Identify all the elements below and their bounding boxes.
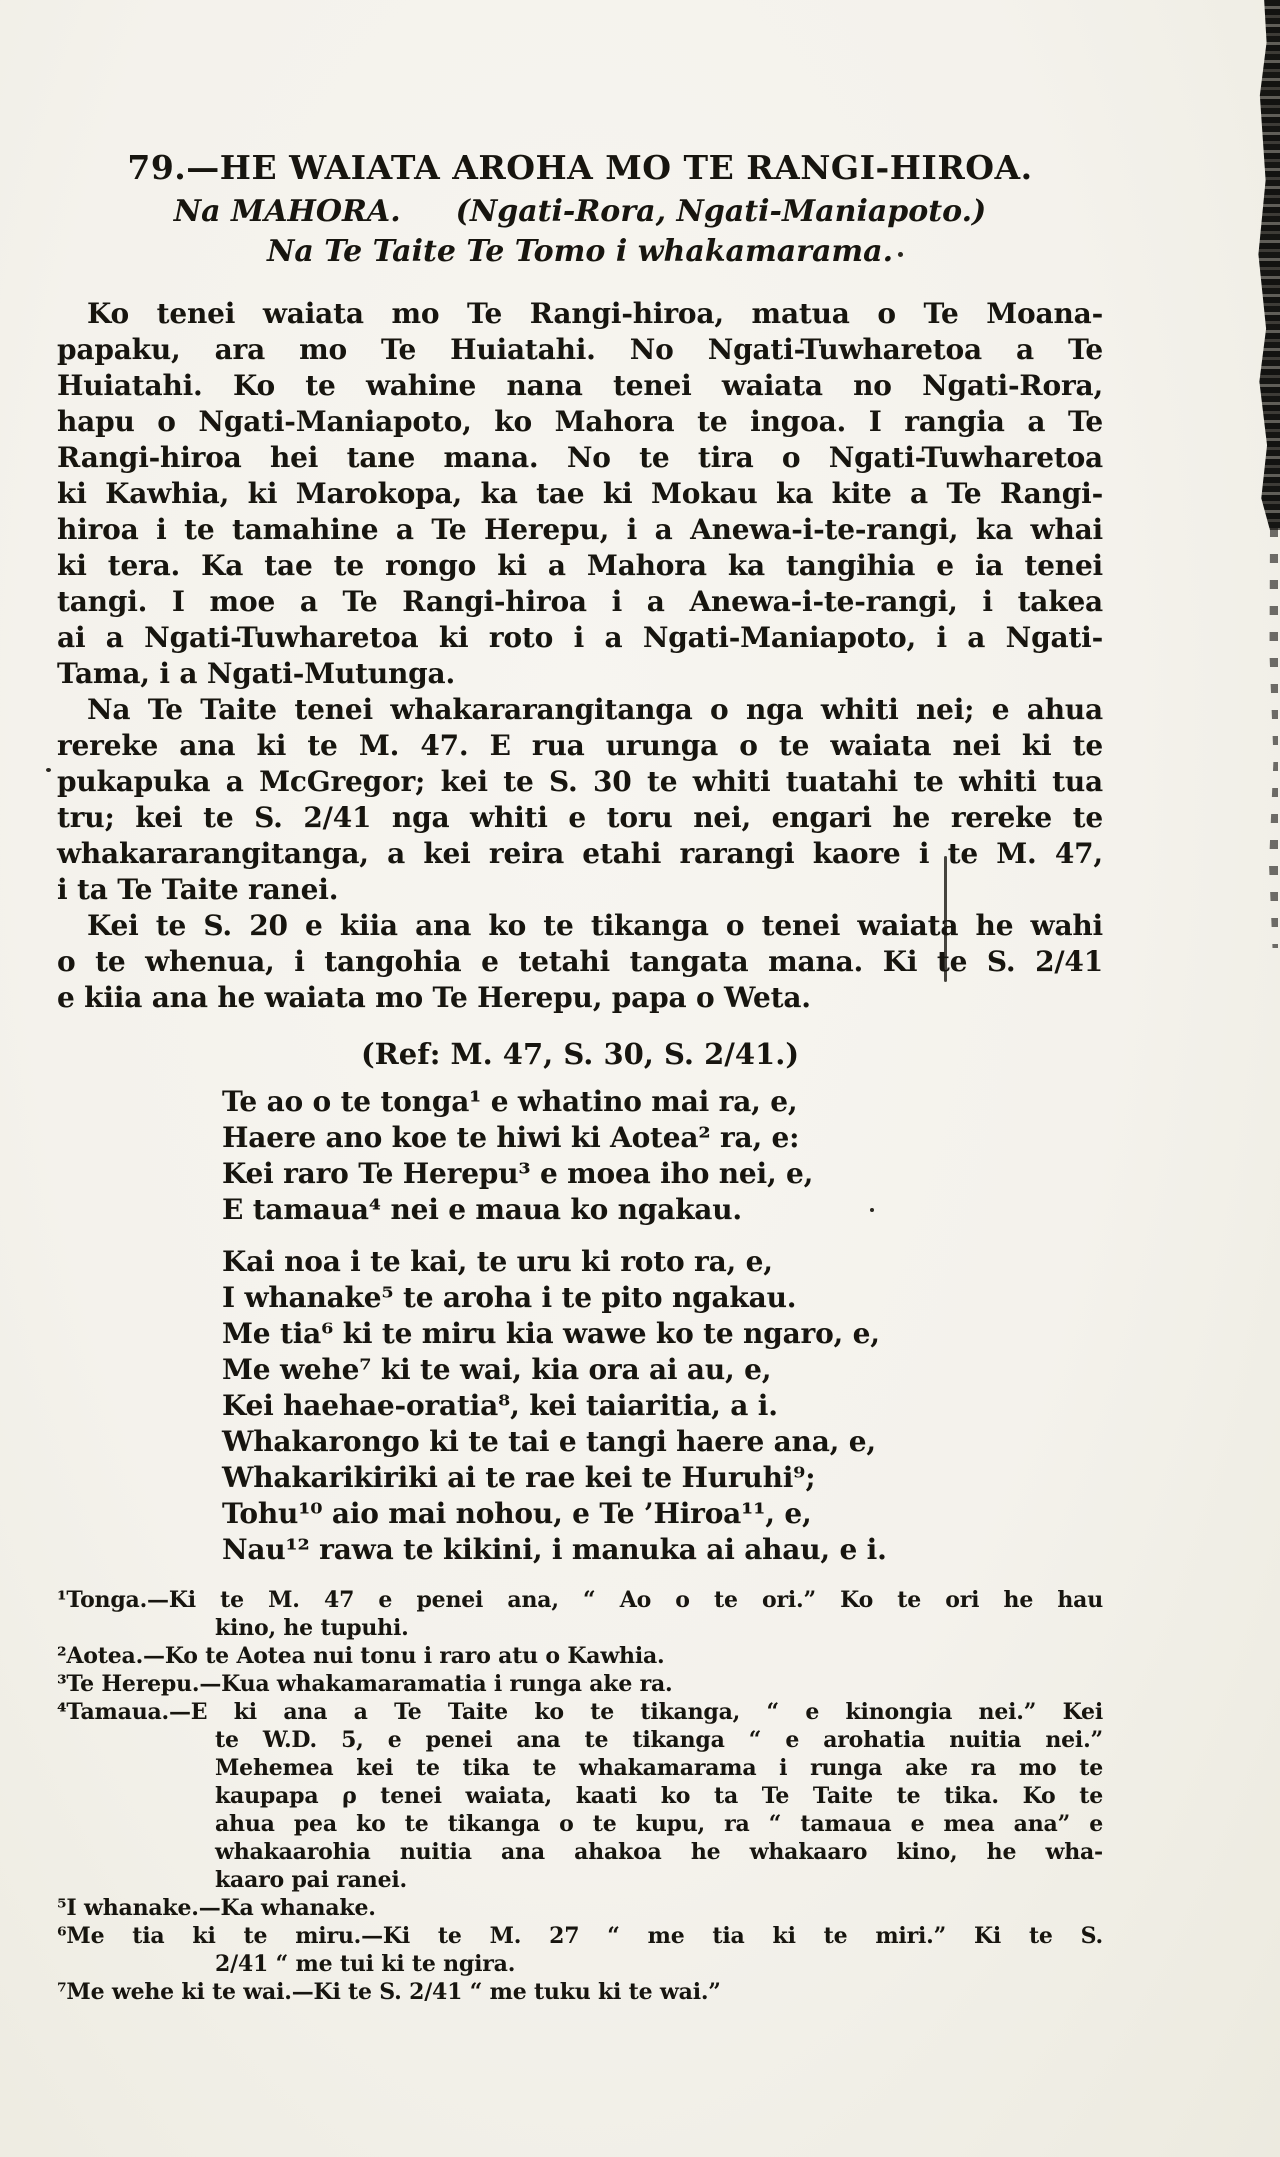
verse-line: Whakarongo ki te tai e tangi haere ana, … — [222, 1424, 1103, 1460]
text-line: papaku, ara mo Te Huiatahi. No Ngati-Tuw… — [57, 332, 1103, 368]
verse-line: Haere ano koe te hiwi ki Aotea² ra, e: — [222, 1120, 1103, 1156]
footnote-line: ¹Tonga.—Ki te M. 47 e penei ana, “ Ao o … — [57, 1586, 1103, 1614]
text-line: ki tera. Ka tae te rongo ki a Mahora ka … — [57, 548, 1103, 584]
paragraph: Na Te Taite tenei whakararangitanga o ng… — [57, 692, 1103, 908]
text-line: hapu o Ngati-Maniapoto, ko Mahora te ing… — [57, 404, 1103, 440]
text-line: whakararangitanga, a kei reira etahi rar… — [57, 836, 1103, 872]
footnote: ⁵I whanake.—Ka whanake. — [57, 1894, 1103, 1922]
verse-line: Whakarikiriki ai te rae kei te Huruhi⁹; — [222, 1460, 1103, 1496]
footnote-line: ³Te Herepu.—Kua whakamaramatia i runga a… — [57, 1670, 1103, 1698]
footnote-line: Mehemea kei te tika te whakamarama i run… — [57, 1754, 1103, 1782]
byline-author: Na MAHORA. — [174, 194, 401, 230]
text-line: pukapuka a McGregor; kei te S. 30 te whi… — [57, 764, 1103, 800]
text-column: 79.—HE WAIATA AROHA MO TE RANGI-HIROA. N… — [57, 0, 1103, 2006]
footnotes: ¹Tonga.—Ki te M. 47 e penei ana, “ Ao o … — [57, 1586, 1103, 2006]
verse-line: Kai noa i te kai, te uru ki roto ra, e, — [222, 1244, 1103, 1280]
text-line: tangi. I moe a Te Rangi-hiroa i a Anewa-… — [57, 584, 1103, 620]
footnote: ⁴Tamaua.—E ki ana a Te Taite ko te tikan… — [57, 1698, 1103, 1894]
footnote-line: ⁴Tamaua.—E ki ana a Te Taite ko te tikan… — [57, 1698, 1103, 1726]
byline-tribes: (Ngati-Rora, Ngati-Maniapoto.) — [456, 194, 987, 230]
verse-line: Tohu¹⁰ aio mai nohou, e Te ’Hiroa¹¹, e, — [222, 1496, 1103, 1532]
scanned-book-page: { "colors":{"paper":"#f4f2ec","ink":"#17… — [0, 0, 1280, 2157]
paragraph: Kei te S. 20 e kiia ana ko te tikanga o … — [57, 908, 1103, 1016]
footnote-line: kaupapa ρ tenei waiata, kaati ko ta Te T… — [57, 1782, 1103, 1810]
text-line: Ko tenei waiata mo Te Rangi-hiroa, matua… — [57, 296, 1103, 332]
footnote-line: te W.D. 5, e penei ana te tikanga “ e ar… — [57, 1726, 1103, 1754]
footnote: ¹Tonga.—Ki te M. 47 e penei ana, “ Ao o … — [57, 1586, 1103, 1642]
text-line: Na Te Taite tenei whakararangitanga o ng… — [57, 692, 1103, 728]
text-line: ki Kawhia, ki Marokopa, ka tae ki Mokau … — [57, 476, 1103, 512]
text-line: Huiatahi. Ko te wahine nana tenei waiata… — [57, 368, 1103, 404]
footnote-line: kaaro pai ranei. — [57, 1866, 1103, 1894]
text-line: Rangi-hiroa hei tane mana. No te tira o … — [57, 440, 1103, 476]
footnote-line: 2/41 “ me tui ki te ngira. — [57, 1950, 1103, 1978]
footnote-line: ahua pea ko te tikanga o te kupu, ra “ t… — [57, 1810, 1103, 1838]
verse-line: E tamaua⁴ nei e maua ko ngakau. — [222, 1192, 1103, 1228]
footnote: ²Aotea.—Ko te Aotea nui tonu i raro atu … — [57, 1642, 1103, 1670]
byline: Na MAHORA. (Ngati-Rora, Ngati-Maniapoto.… — [57, 194, 1103, 230]
byline-translator: Na Te Taite Te Tomo i whakamarama. — [57, 234, 1103, 270]
text-line: i ta Te Taite ranei. — [57, 872, 1103, 908]
footnote-line: whakaarohia nuitia ana ahakoa he whakaar… — [57, 1838, 1103, 1866]
footnote: ³Te Herepu.—Kua whakamaramatia i runga a… — [57, 1670, 1103, 1698]
text-line: o te whenua, i tangohia e tetahi tangata… — [57, 944, 1103, 980]
verse-line: Me tia⁶ ki te miru kia wawe ko te ngaro,… — [222, 1316, 1103, 1352]
text-line: e kiia ana he waiata mo Te Herepu, papa … — [57, 980, 1103, 1016]
text-line: rereke ana ki te M. 47. E rua urunga o t… — [57, 728, 1103, 764]
stanza: Te ao o te tonga¹ e whatino mai ra, e,Ha… — [222, 1084, 1103, 1228]
paragraphs: Ko tenei waiata mo Te Rangi-hiroa, matua… — [57, 296, 1103, 1016]
verse-line: Me wehe⁷ ki te wai, kia ora ai au, e, — [222, 1352, 1103, 1388]
text-line: Kei te S. 20 e kiia ana ko te tikanga o … — [57, 908, 1103, 944]
paragraph: Ko tenei waiata mo Te Rangi-hiroa, matua… — [57, 296, 1103, 692]
text-line: Tama, i a Ngati-Mutunga. — [57, 656, 1103, 692]
text-line: ai a Ngati-Tuwharetoa ki roto i a Ngati-… — [57, 620, 1103, 656]
text-line: tru; kei te S. 2/41 nga whiti e toru nei… — [57, 800, 1103, 836]
verse-line: I whanake⁵ te aroha i te pito ngakau. — [222, 1280, 1103, 1316]
footnote: ⁷Me wehe ki te wai.—Ki te S. 2/41 “ me t… — [57, 1978, 1103, 2006]
verse-line: Kei raro Te Herepu³ e moea iho nei, e, — [222, 1156, 1103, 1192]
poem: Te ao o te tonga¹ e whatino mai ra, e,Ha… — [57, 1084, 1103, 1568]
scan-speck — [46, 768, 51, 772]
text-line: hiroa i te tamahine a Te Herepu, i a Ane… — [57, 512, 1103, 548]
scan-gutter-artifact — [1256, 0, 1280, 530]
stanza: Kai noa i te kai, te uru ki roto ra, e,I… — [222, 1244, 1103, 1568]
footnote-line: kino, he tupuhi. — [57, 1614, 1103, 1642]
footnote-line: ⁶Me tia ki te miru.—Ki te M. 27 “ me tia… — [57, 1922, 1103, 1950]
footnote: ⁶Me tia ki te miru.—Ki te M. 27 “ me tia… — [57, 1922, 1103, 1978]
footnote-line: ⁵I whanake.—Ka whanake. — [57, 1894, 1103, 1922]
verse-line: Nau¹² rawa te kikini, i manuka ai ahau, … — [222, 1532, 1103, 1568]
verse-line: Kei haehae-oratia⁸, kei taiaritia, a i. — [222, 1388, 1103, 1424]
verse-line: Te ao o te tonga¹ e whatino mai ra, e, — [222, 1084, 1103, 1120]
song-title: 79.—HE WAIATA AROHA MO TE RANGI-HIROA. — [57, 148, 1103, 188]
footnote-line: ²Aotea.—Ko te Aotea nui tonu i raro atu … — [57, 1642, 1103, 1670]
scan-gutter-artifact-lower — [1268, 528, 1278, 948]
footnote-line: ⁷Me wehe ki te wai.—Ki te S. 2/41 “ me t… — [57, 1978, 1103, 2006]
reference-line: (Ref: M. 47, S. 30, S. 2/41.) — [57, 1036, 1103, 1072]
